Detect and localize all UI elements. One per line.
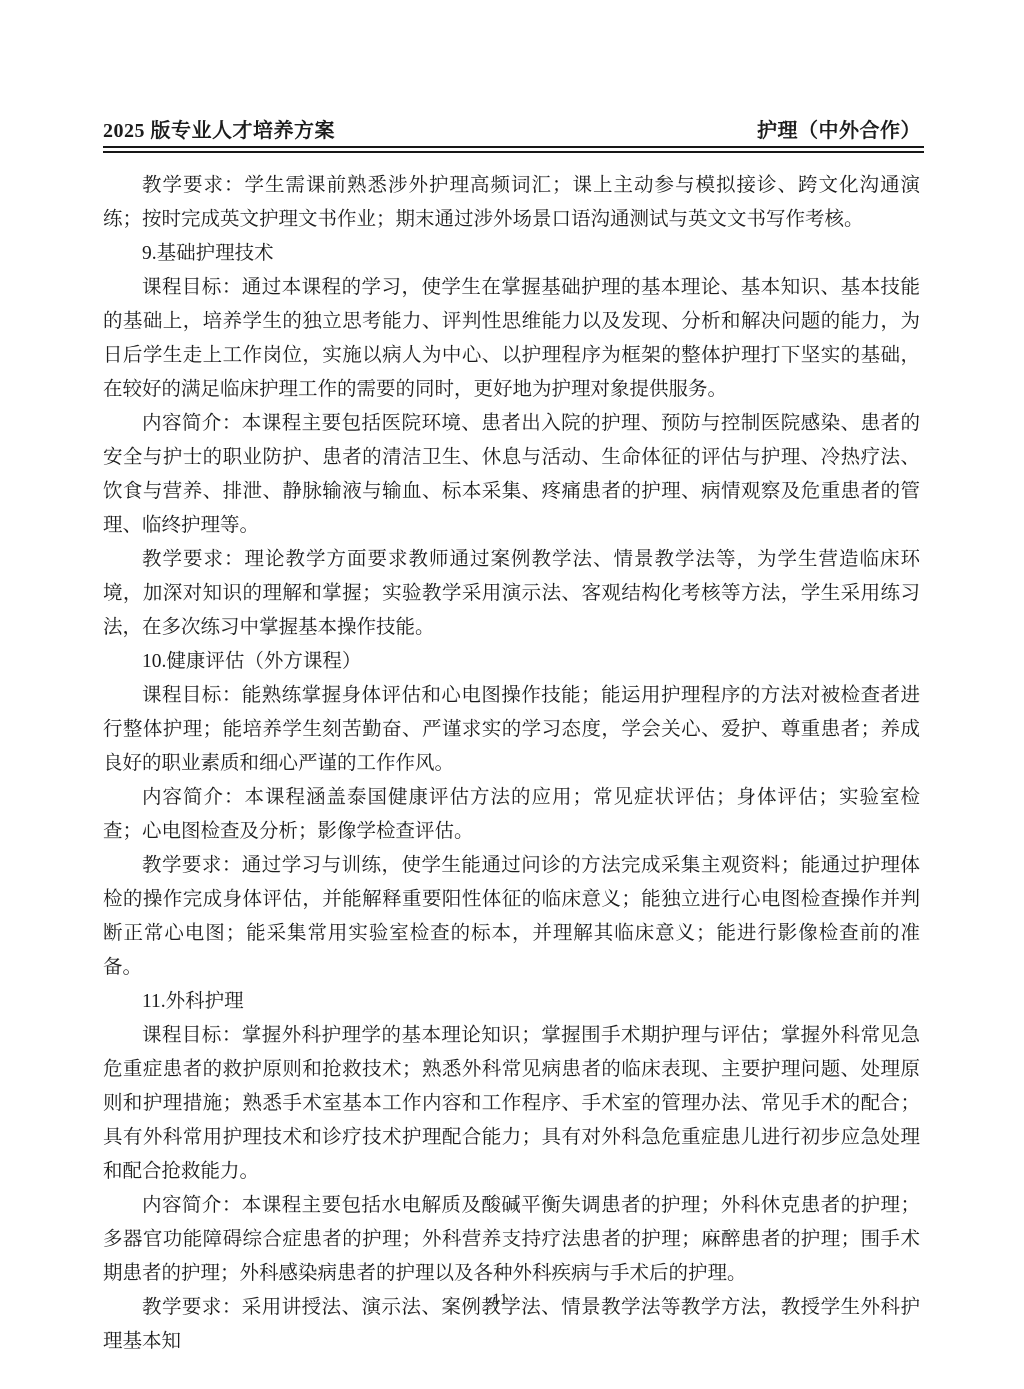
paragraph: 内容简介：本课程主要包括医院环境、患者出入院的护理、预防与控制医院感染、患者的安…: [103, 407, 920, 543]
document-body: 教学要求：学生需课前熟悉涉外护理高频词汇；课上主动参与模拟接诊、跨文化沟通演练；…: [103, 169, 920, 1359]
section-heading: 10.健康评估（外方课程）: [103, 645, 920, 679]
footer: 11: [0, 1291, 1000, 1309]
section-heading: 11.外科护理: [103, 985, 920, 1019]
section-heading: 9.基础护理技术: [103, 237, 920, 271]
header-left-title: 2025 版专业人才培养方案: [103, 114, 335, 143]
paragraph: 教学要求：学生需课前熟悉涉外护理高频词汇；课上主动参与模拟接诊、跨文化沟通演练；…: [103, 169, 920, 237]
header: 2025 版专业人才培养方案 护理（中外合作）: [103, 114, 921, 143]
paragraph: 教学要求：理论教学方面要求教师通过案例教学法、情景教学法等，为学生营造临床环境，…: [103, 543, 920, 645]
paragraph: 课程目标：能熟练掌握身体评估和心电图操作技能；能运用护理程序的方法对被检查者进行…: [103, 679, 920, 781]
header-right-title: 护理（中外合作）: [757, 114, 921, 143]
paragraph: 课程目标：通过本课程的学习，使学生在掌握基础护理的基本理论、基本知识、基本技能的…: [103, 271, 920, 407]
paragraph: 内容简介：本课程主要包括水电解质及酸碱平衡失调患者的护理；外科休克患者的护理；多…: [103, 1189, 920, 1291]
page-number: 11: [492, 1291, 507, 1308]
paragraph: 内容简介：本课程涵盖泰国健康评估方法的应用；常见症状评估；身体评估；实验室检查；…: [103, 781, 920, 849]
header-rule: [103, 146, 924, 153]
paragraph: 教学要求：通过学习与训练，使学生能通过问诊的方法完成采集主观资料；能通过护理体检…: [103, 849, 920, 985]
document-page: 2025 版专业人才培养方案 护理（中外合作） 教学要求：学生需课前熟悉涉外护理…: [0, 0, 1024, 1389]
paragraph: 课程目标：掌握外科护理学的基本理论知识；掌握围手术期护理与评估；掌握外科常见急危…: [103, 1019, 920, 1189]
